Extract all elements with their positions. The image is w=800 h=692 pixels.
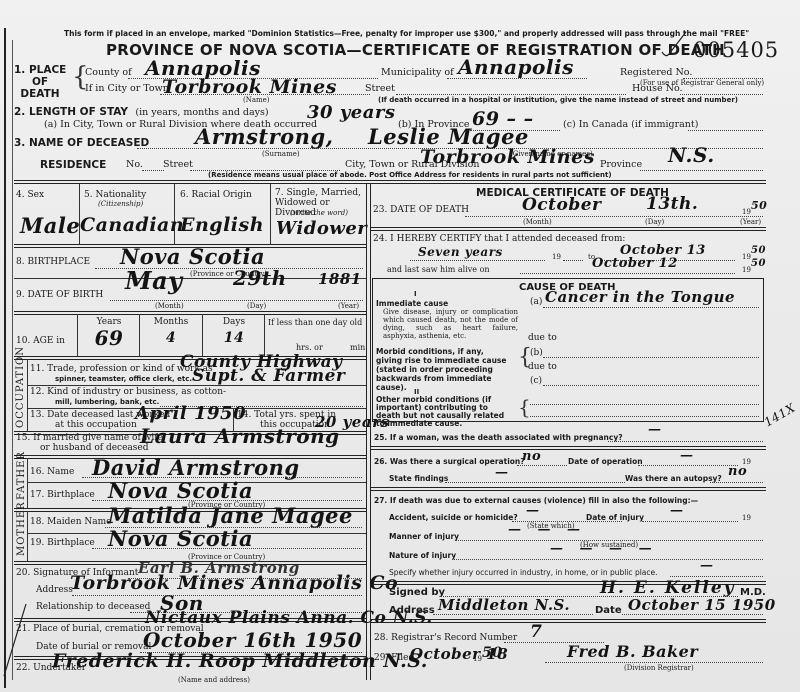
dotted-line — [563, 260, 583, 261]
occupation-side-label: OCCUPATION — [15, 346, 26, 428]
undertaker-value: Frederick H. Roop Middleton N.S. — [52, 650, 428, 672]
age-days-label: Days — [204, 317, 264, 327]
mother-maiden-label: 18. Maiden Name — [30, 517, 111, 527]
dob-label: 9. DATE OF BIRTH — [16, 290, 103, 300]
dotted-line — [445, 482, 625, 483]
residence-province-value: N.S. — [668, 143, 715, 167]
municipality-value: Annapolis — [458, 55, 574, 79]
label-line: 1. PLACE — [14, 64, 66, 76]
municipality-label: Municipality of — [381, 67, 454, 78]
cell-divider — [264, 314, 265, 356]
surgery-value: no — [522, 449, 541, 464]
residence-city-value: Torbrook Mines — [420, 146, 595, 168]
label-line: DEATH — [14, 88, 66, 100]
place-of-death-label: 1. PLACE OF DEATH — [14, 64, 66, 100]
manner-value: — — — — [508, 522, 586, 537]
signer-date-label: Date — [595, 605, 622, 616]
dotted-line — [142, 170, 164, 171]
injury-date-label: Date of injury — [586, 513, 644, 522]
trade-examples: spinner, teamster, office clerk, etc. — [55, 375, 192, 383]
informant-address-value: Torbrook Mines Annapolis Co — [70, 572, 398, 594]
record-number-label: 28. Registrar's Record Number — [374, 633, 517, 643]
autopsy-label: Was there an autopsy? — [625, 474, 722, 483]
immediate-label: Immediate cause — [376, 299, 448, 308]
left-margin-rule-inner — [12, 40, 13, 680]
dod-label: 23. DATE OF DEATH — [373, 205, 469, 215]
street-label: Street — [365, 83, 395, 94]
operation-date-label: Date of operation — [568, 457, 643, 466]
dotted-line — [410, 260, 545, 261]
certificate-number: 005405 — [693, 38, 779, 62]
age-min-label: min — [350, 343, 365, 352]
dotted-line — [642, 521, 738, 522]
column-divider-inner — [370, 184, 371, 680]
registrar-signature: Fred B. Baker — [567, 642, 698, 661]
birthplace-label: 8. BIRTHPLACE — [16, 257, 90, 267]
row-divider — [14, 278, 366, 279]
last-saw-year: 50 — [751, 258, 766, 269]
industry-label: 12. Kind of industry or business, as cot… — [30, 387, 226, 397]
registered-no-label: Registered No. — [620, 67, 692, 78]
dotted-line — [680, 94, 763, 95]
roman-one: I — [414, 290, 417, 298]
row-divider — [371, 487, 766, 491]
dod-month: October — [522, 195, 602, 215]
accident-value: — — [526, 503, 540, 518]
dotted-line — [710, 482, 763, 483]
filed-year-prefix: 19 — [473, 655, 482, 663]
residence-label: RESIDENCE — [40, 159, 106, 171]
cell-divider — [270, 184, 271, 244]
dotted-line — [640, 170, 763, 171]
dotted-line — [670, 576, 763, 577]
specify-value: — — [700, 558, 714, 573]
morbid-label: Morbid conditions, if any, giving rise t… — [376, 347, 511, 392]
dotted-line — [543, 307, 759, 308]
autopsy-value: no — [728, 464, 747, 479]
cause-c-label: (c) — [530, 376, 542, 386]
injury-year-prefix: 19 — [742, 514, 751, 522]
father-birthplace-value: Nova Scotia — [108, 478, 253, 503]
dob-month-caption: (Month) — [155, 302, 184, 310]
label-line: OF — [14, 76, 66, 88]
father-side-label: FATHER — [16, 451, 27, 500]
spouse-sub: or husband of deceased — [40, 443, 148, 453]
row-divider — [27, 385, 366, 386]
mother-side-label: MOTHER — [16, 501, 27, 556]
mail-notice: This form if placed in an envelope, mark… — [64, 29, 749, 38]
dod-day: 13th. — [646, 194, 698, 214]
from-year-prefix: 19 — [552, 253, 561, 261]
father-side-divider — [27, 458, 28, 508]
pregnancy-value: — — [648, 422, 662, 437]
to-year-prefix: 19 — [742, 253, 751, 261]
marital-sub: (write the word) — [290, 209, 348, 217]
burial-date-value: October 16th 1950 — [143, 628, 362, 652]
dob-year-caption: (Year) — [338, 302, 359, 310]
column-divider — [366, 184, 367, 680]
signer-address-label: Address — [389, 605, 435, 616]
certify-label: 24. I HEREBY CERTIFY that I attended dec… — [373, 234, 625, 244]
cell-divider — [77, 314, 78, 356]
age-days-value: 14 — [204, 330, 264, 346]
last-worked-sub: at this occupation — [55, 420, 137, 430]
age-years-value: 69 — [80, 326, 138, 350]
last-saw-value: October 12 — [592, 256, 678, 271]
age-label: 10. AGE in — [16, 336, 65, 346]
deceased-surname: Armstrong, — [195, 124, 333, 149]
margin-note: 141X — [762, 401, 798, 430]
section-divider — [14, 180, 766, 184]
dotted-line — [465, 216, 763, 217]
spouse-value: Laura Armstrong — [140, 424, 340, 448]
dod-day-caption: (Day) — [645, 218, 664, 226]
other-label: Other morbid conditions (if important) c… — [376, 396, 511, 428]
dotted-line — [688, 130, 763, 131]
length-of-stay-sub: (in years, months and days) — [135, 107, 268, 118]
dotted-line — [517, 465, 567, 466]
father-birthplace-label: 17. Birthplace — [30, 490, 95, 500]
racial-origin-value: English — [180, 214, 264, 236]
nationality-sub: (Citizenship) — [98, 200, 143, 208]
cause-b-label: (b) — [530, 348, 543, 358]
registrar-caption: (Division Registrar) — [624, 664, 694, 672]
last-worked-value: April 1950 — [135, 403, 246, 424]
pregnancy-label: 25. If a woman, was the death associated… — [374, 433, 623, 442]
hospital-note: (If death occurred in a hospital or inst… — [378, 96, 738, 104]
city-label: If in City or Town — [85, 83, 169, 94]
father-name-value: David Armstrong — [92, 455, 300, 480]
deceased-name-label: 3. NAME OF DECEASED — [14, 137, 149, 149]
surname-caption: (Surname) — [262, 150, 300, 158]
specify-label: Specify whether injury occurred in indus… — [389, 568, 658, 577]
age-months-label: Months — [141, 317, 201, 327]
house-no-label: House No. — [632, 83, 683, 94]
mother-maiden-value: Matilda Jane Magee — [108, 503, 353, 528]
signed-by-value: H. E. Kelley — [600, 578, 736, 598]
death-certificate: This form if placed in an envelope, mark… — [0, 0, 800, 692]
filed-year: 50 — [482, 645, 502, 661]
last-saw-label: and last saw him alive on — [387, 265, 490, 274]
findings-label: State findings — [389, 474, 448, 483]
trade-value-2: Supt. & Farmer — [192, 366, 345, 386]
dob-month: May — [125, 266, 183, 295]
cell-divider — [139, 314, 140, 356]
to-year: 50 — [751, 245, 766, 256]
pen-stroke-icon — [0, 600, 30, 680]
residence-no-label: No. — [126, 159, 143, 170]
cause-a-value: Cancer in the Tongue — [545, 288, 735, 306]
dotted-line — [543, 357, 759, 358]
nature-label: Nature of injury — [389, 551, 456, 560]
row-divider — [371, 446, 766, 450]
row-divider — [371, 227, 766, 231]
dotted-line — [622, 614, 763, 615]
dob-day-caption: (Day) — [247, 302, 266, 310]
cause-a-label: (a) — [530, 297, 542, 307]
due-to-1: due to — [528, 333, 557, 343]
dob-day: 29th — [233, 266, 287, 290]
city-value: Torbrook Mines — [162, 76, 337, 98]
dotted-line — [433, 614, 593, 615]
mother-birthplace-value: Nova Scotia — [108, 526, 253, 551]
due-to-2: due to — [528, 362, 557, 372]
signed-by-label: Signed by — [389, 587, 445, 598]
dotted-line — [545, 662, 763, 663]
manner-label: Manner of injury — [389, 532, 459, 541]
findings-value: — — [495, 465, 509, 480]
dotted-line — [530, 404, 759, 405]
marital-value: Widower — [276, 218, 367, 239]
residence-street-label: Street — [163, 159, 193, 170]
age-months-value: 4 — [141, 330, 201, 346]
filed-label: 29. Filed — [374, 653, 414, 663]
father-name-label: 16. Name — [30, 467, 74, 477]
dotted-line — [543, 385, 759, 386]
dotted-line — [396, 94, 626, 95]
mother-birthplace-label: 19. Birthplace — [30, 538, 95, 548]
signer-address-value: Middleton N.S. — [438, 596, 570, 614]
dod-month-caption: (Month) — [523, 218, 552, 226]
dotted-line — [638, 465, 738, 466]
occupation-side-divider — [27, 359, 28, 431]
residence-province-label: Province — [600, 159, 642, 170]
dotted-line — [530, 416, 759, 417]
name-caption: (Name) — [243, 96, 270, 104]
injury-date-value: — — [670, 503, 684, 518]
brace: { — [518, 395, 531, 419]
left-margin-rule — [4, 28, 6, 688]
dotted-line — [452, 559, 763, 560]
nationality-value: Canadian — [80, 214, 184, 236]
record-number-value: 7 — [530, 622, 542, 642]
dotted-line — [520, 273, 735, 274]
stay-canada-label: (c) In Canada (if immigrant) — [563, 119, 698, 130]
length-of-stay-label: 2. LENGTH OF STAY — [14, 106, 128, 118]
operation-date-value: — — [680, 448, 694, 463]
signer-date-value: October 15 1950 — [628, 596, 776, 614]
county-label: County of — [85, 67, 132, 78]
nationality-label: 5. Nationality — [84, 190, 146, 200]
dob-year: 1881 — [318, 270, 362, 288]
last-saw-year-prefix: 19 — [742, 266, 751, 274]
dod-year-caption: (Year) — [740, 218, 761, 226]
age-hrs-label: hrs. or — [296, 343, 323, 352]
sex-label: 4. Sex — [16, 190, 44, 200]
dod-year: 50 — [751, 199, 767, 212]
accident-label: Accident, suicide or homicide? — [389, 513, 518, 522]
dotted-line — [72, 595, 362, 596]
residence-note: (Residence means usual place of abode. P… — [208, 171, 612, 179]
dod-year-prefix: 19 — [742, 208, 751, 216]
row-divider — [371, 619, 766, 623]
stay-city-value: 30 years — [307, 102, 396, 123]
sex-value: Male — [20, 213, 80, 238]
undertaker-caption: (Name and address) — [178, 676, 250, 684]
dotted-line — [110, 300, 363, 301]
nature-value: — — — — — [550, 541, 658, 556]
length-of-stay-heading: 2. LENGTH OF STAY (in years, months and … — [14, 106, 269, 118]
row-divider — [14, 311, 366, 315]
relationship-label: Relationship to deceased — [36, 602, 150, 612]
age-less-label: If less than one day old — [268, 318, 362, 327]
mother-side-divider — [27, 511, 28, 561]
immediate-desc: Give disease, injury or complication whi… — [383, 308, 518, 340]
check-mark-icon — [660, 30, 690, 60]
cell-divider — [202, 314, 203, 356]
dotted-line — [608, 441, 763, 442]
attended-from: Seven years — [418, 245, 503, 259]
racial-origin-label: 6. Racial Origin — [180, 190, 252, 200]
informant-address-label: Address — [36, 585, 73, 595]
